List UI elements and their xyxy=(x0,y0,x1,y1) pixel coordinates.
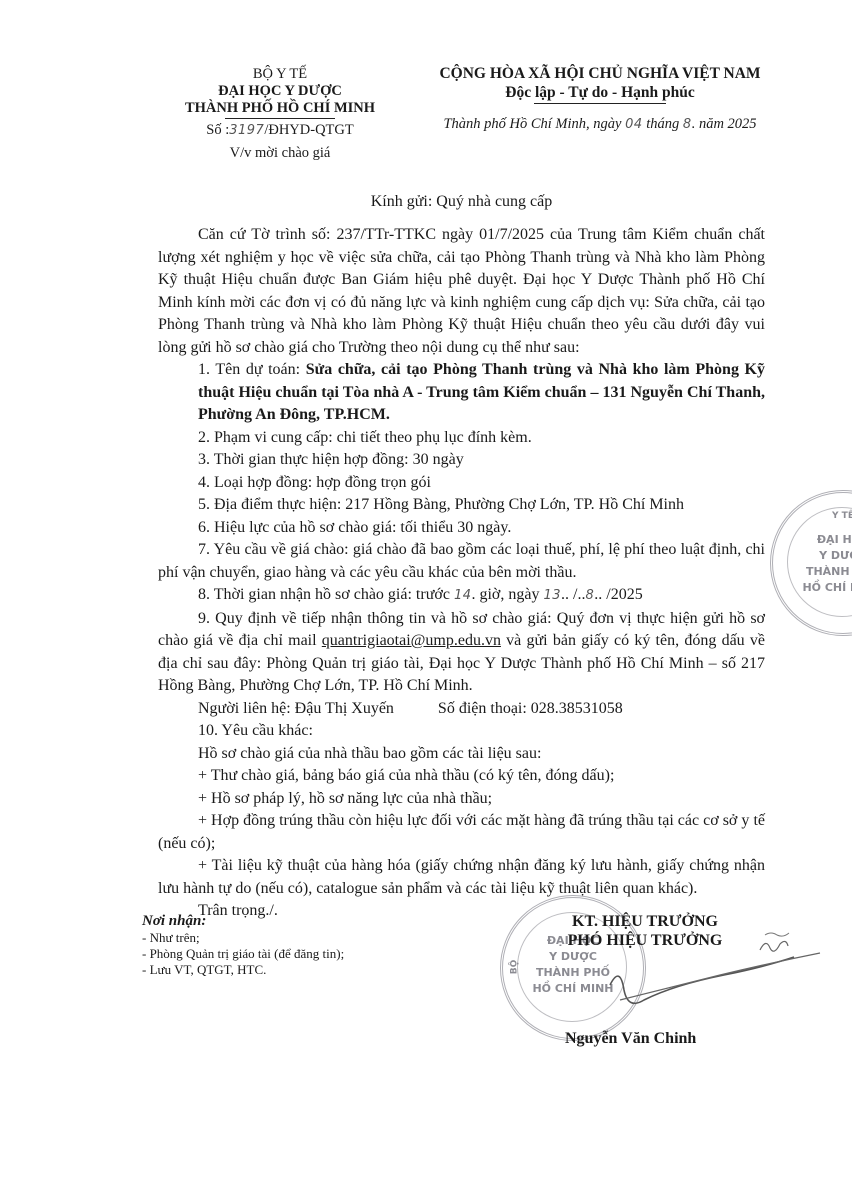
document-subject: V/v mời chào giá xyxy=(140,145,420,162)
item-6: 6. Hiệu lực của hồ sơ chào giá: tối thiể… xyxy=(158,517,765,540)
recipient-item: - Phòng Quản trị giáo tài (để đăng tin); xyxy=(142,946,344,962)
deadline-day-handwritten: 13 xyxy=(544,588,562,603)
issuing-authority-block: BỘ Y TẾ ĐẠI HỌC Y DƯỢC THÀNH PHỐ HỒ CHÍ … xyxy=(140,66,420,162)
item-7: 7. Yêu cầu về giá chào: giá chào đã bao … xyxy=(158,539,765,584)
item-10-intro: Hồ sơ chào giá của nhà thầu bao gồm các … xyxy=(158,743,765,766)
recipient-item: - Lưu VT, QTGT, HTC. xyxy=(142,962,344,978)
ministry-name: BỘ Y TẾ xyxy=(140,66,420,83)
issue-date: Thành phố Hồ Chí Minh, ngày 04 tháng 8. … xyxy=(405,116,795,133)
item-10-d: + Tài liệu kỹ thuật của hàng hóa (giấy c… xyxy=(158,855,765,900)
deadline-hour-handwritten: 14 xyxy=(454,588,472,603)
signer-name: Nguyễn Văn Chinh xyxy=(565,1030,696,1048)
recipients-label: Nơi nhận: xyxy=(142,912,344,930)
item-3: 3. Thời gian thực hiện hợp đồng: 30 ngày xyxy=(158,449,765,472)
email-link[interactable]: quantrigiaotai@ump.edu.vn xyxy=(322,632,501,649)
document-number: Số :3197/ĐHYD-QTGT xyxy=(140,122,420,139)
salutation: Kính gửi: Quý nhà cung cấp xyxy=(158,193,765,211)
item-4: 4. Loại hợp đồng: hợp đồng trọn gói xyxy=(158,472,765,495)
recipient-item: - Như trên; xyxy=(142,930,344,946)
item-10: 10. Yêu cầu khác: xyxy=(158,720,765,743)
handwritten-signature xyxy=(600,930,830,1040)
letter-body: Căn cứ Tờ trình số: 237/TTr-TTKC ngày 01… xyxy=(158,224,765,923)
header-left-rule xyxy=(225,118,335,119)
contact-line: Người liên hệ: Đậu Thị XuyếnSố điện thoạ… xyxy=(158,698,765,721)
item-10-a: + Thư chào giá, bảng báo giá của nhà thầ… xyxy=(158,765,765,788)
header-right-rule xyxy=(534,103,666,104)
national-header-block: CỘNG HÒA XÃ HỘI CHỦ NGHĨA VIỆT NAM Độc l… xyxy=(405,64,795,133)
contact-phone: Số điện thoại: 028.38531058 xyxy=(438,700,623,717)
doc-number-handwritten: 3197 xyxy=(229,123,264,138)
date-day-handwritten: 04 xyxy=(625,117,643,132)
country-name: CỘNG HÒA XÃ HỘI CHỦ NGHĨA VIỆT NAM xyxy=(405,64,795,83)
university-name-line1: ĐẠI HỌC Y DƯỢC xyxy=(140,83,420,100)
deadline-month-handwritten: 8 xyxy=(586,588,595,603)
item-5: 5. Địa điểm thực hiện: 217 Hồng Bàng, Ph… xyxy=(158,494,765,517)
item-10-b: + Hồ sơ pháp lý, hồ sơ năng lực của nhà … xyxy=(158,788,765,811)
university-name-line2: THÀNH PHỐ HỒ CHÍ MINH xyxy=(140,100,420,117)
intro-paragraph: Căn cứ Tờ trình số: 237/TTr-TTKC ngày 01… xyxy=(158,224,765,359)
date-month-handwritten: 8 xyxy=(683,117,692,132)
item-9: 9. Quy định về tiếp nhận thông tin và hồ… xyxy=(158,608,765,698)
item-8: 8. Thời gian nhận hồ sơ chào giá: trước … xyxy=(158,584,765,608)
national-motto: Độc lập - Tự do - Hạnh phúc xyxy=(405,83,795,102)
contact-person: Người liên hệ: Đậu Thị Xuyến xyxy=(198,700,394,717)
item-1: 1. Tên dự toán: Sửa chữa, cải tạo Phòng … xyxy=(158,359,765,427)
recipients-block: Nơi nhận: - Như trên; - Phòng Quản trị g… xyxy=(142,912,344,978)
item-2: 2. Phạm vi cung cấp: chi tiết theo phụ l… xyxy=(158,427,765,450)
edge-seal-stamp: Y TẾ ĐẠI HỌC Y DƯỢC THÀNH PHỐ HỒ CHÍ MIN… xyxy=(770,490,852,636)
signer-title-1: KT. HIỆU TRƯỞNG xyxy=(540,912,750,931)
item-10-c: + Hợp đồng trúng thầu còn hiệu lực đối v… xyxy=(158,810,765,855)
